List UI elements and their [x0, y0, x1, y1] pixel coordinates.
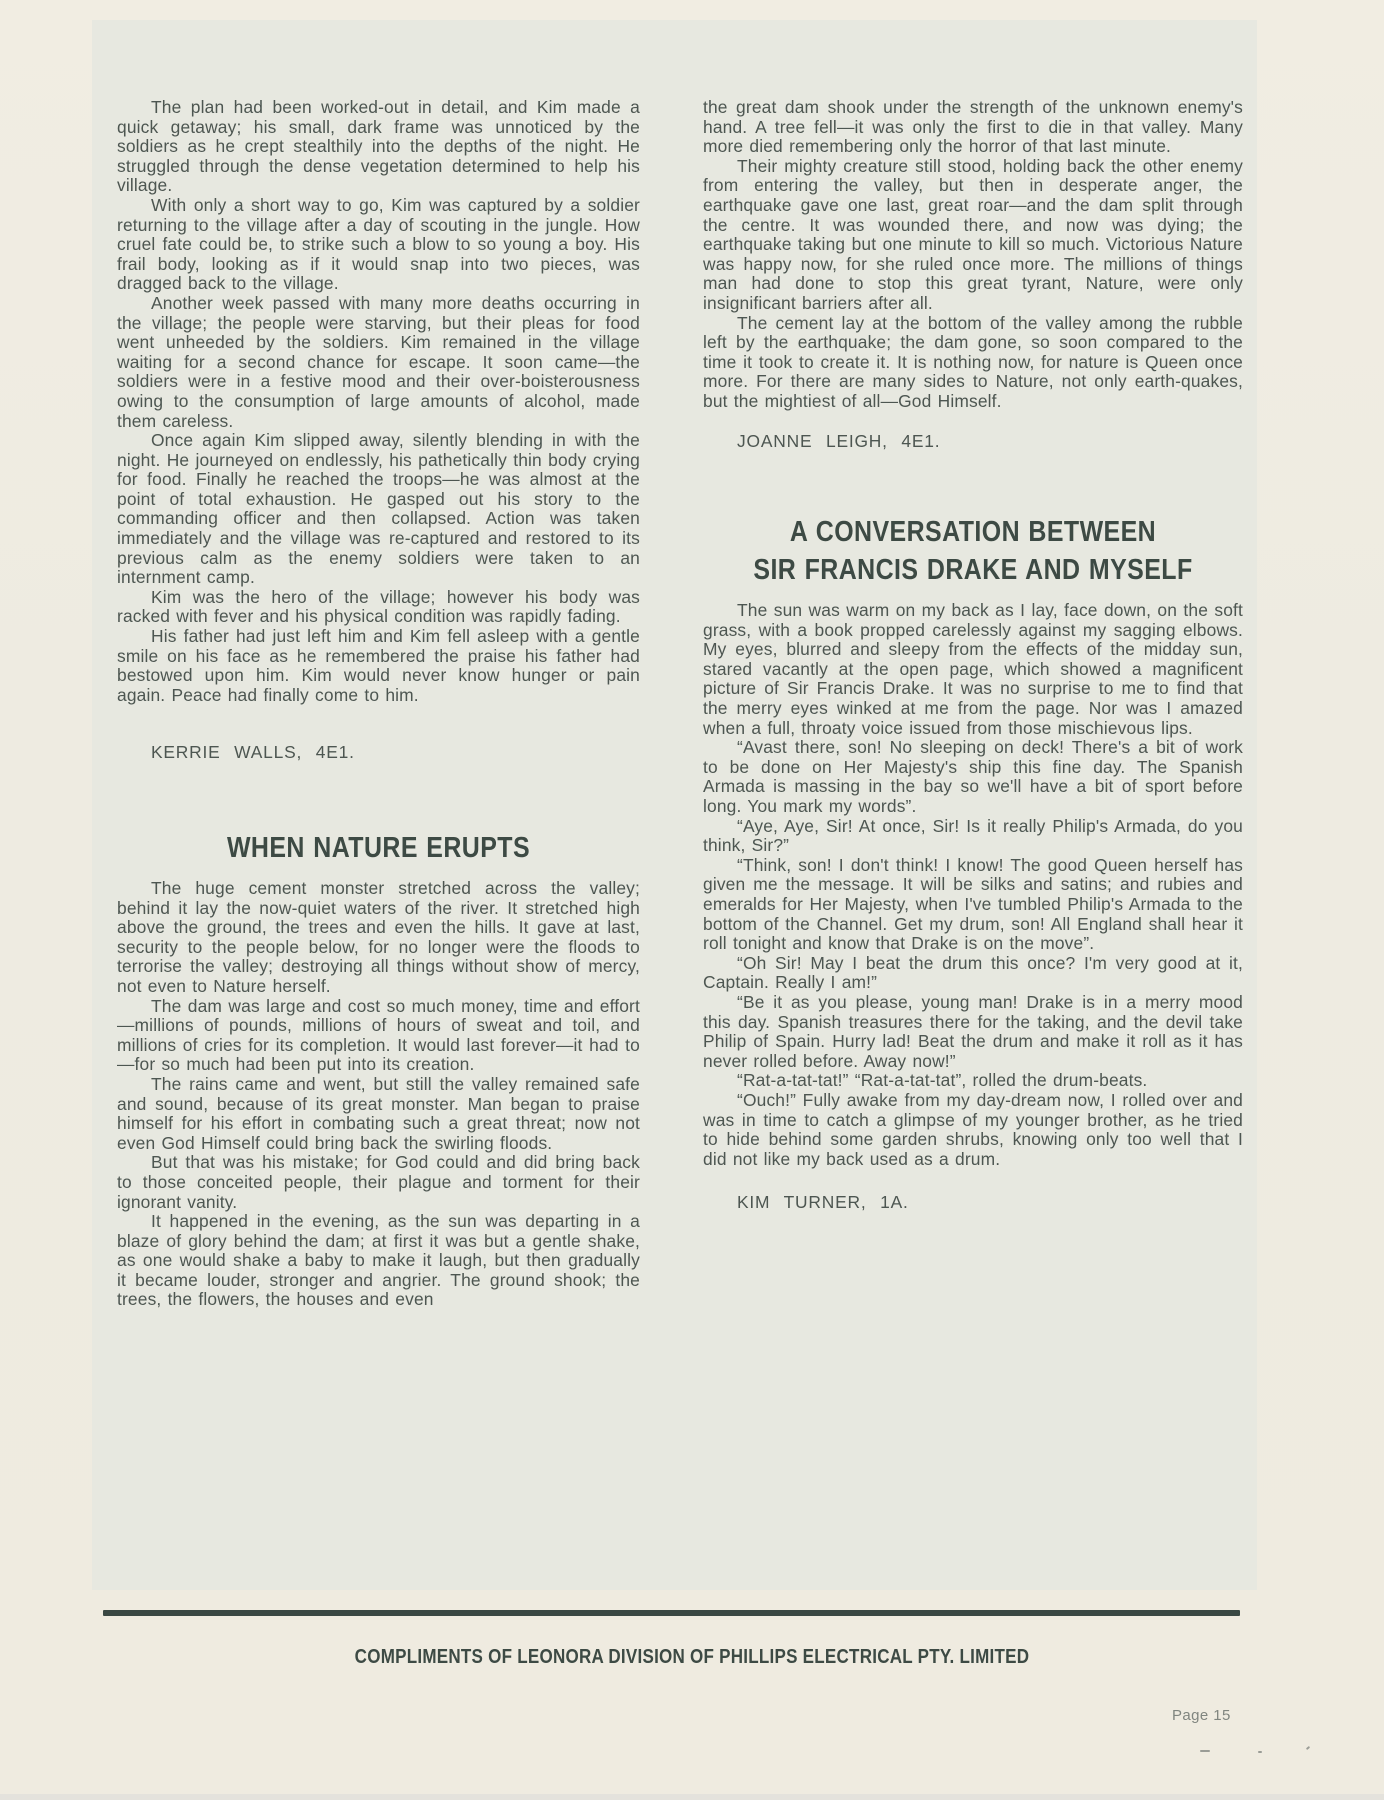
story-title-line-2: SIR FRANCIS DRAKE AND MYSELF [741, 551, 1205, 589]
paragraph: But that was his mistake; for God could … [117, 1153, 640, 1212]
paragraph: His father had just left him and Kim fel… [117, 627, 640, 705]
paragraph: “Oh Sir! May I beat the drum this once? … [703, 954, 1243, 993]
story-conversation-drake: The sun was warm on my back as I lay, fa… [703, 601, 1243, 1213]
paragraph: With only a short way to go, Kim was cap… [117, 196, 640, 294]
paragraph: “Be it as you please, young man! Drake i… [703, 993, 1243, 1071]
right-column: the great dam shook under the strength o… [703, 98, 1243, 1213]
story-title-block: A CONVERSATION BETWEEN SIR FRANCIS DRAKE… [703, 513, 1243, 589]
paragraph: The plan had been worked-out in detail, … [117, 98, 640, 196]
paragraph: Another week passed with many more death… [117, 294, 640, 431]
paragraph: The cement lay at the bottom of the vall… [703, 314, 1243, 412]
story-title-line-1: A CONVERSATION BETWEEN [741, 513, 1205, 551]
author-byline: JOANNE LEIGH, 4E1. [703, 432, 1243, 452]
paragraph: The dam was large and cost so much money… [117, 997, 640, 1075]
paragraph: The huge cement monster stretched across… [117, 879, 640, 997]
paragraph: Kim was the hero of the village; however… [117, 588, 640, 627]
footer-divider [103, 1610, 1240, 1616]
paragraph: “Aye, Aye, Sir! At once, Sir! Is it real… [703, 817, 1243, 856]
paragraph: “Think, son! I don't think! I know! The … [703, 856, 1243, 954]
paragraph: “Ouch!” Fully awake from my day-dream no… [703, 1091, 1243, 1169]
story-title: WHEN NATURE ERUPTS [154, 829, 604, 867]
paragraph: Their mighty creature still stood, holdi… [703, 157, 1243, 314]
paragraph: the great dam shook under the strength o… [703, 98, 1243, 157]
paragraph: The sun was warm on my back as I lay, fa… [703, 601, 1243, 738]
paragraph: “Avast there, son! No sleeping on deck! … [703, 738, 1243, 816]
paragraph: The rains came and went, but still the v… [117, 1075, 640, 1153]
story-when-nature-erupts-continued: the great dam shook under the strength o… [703, 98, 1243, 451]
page-number: Page 15 [1172, 1707, 1231, 1724]
story-when-nature-erupts: The huge cement monster stretched across… [117, 879, 640, 1310]
author-byline: KERRIE WALLS, 4E1. [117, 743, 640, 763]
story-kim-village-continued: The plan had been worked-out in detail, … [117, 98, 640, 763]
paragraph: Once again Kim slipped away, silently bl… [117, 431, 640, 588]
paragraph: It happened in the evening, as the sun w… [117, 1212, 640, 1310]
print-speck [1258, 1751, 1262, 1753]
left-column: The plan had been worked-out in detail, … [117, 98, 640, 1310]
author-byline: KIM TURNER, 1A. [703, 1193, 1243, 1213]
sponsor-line: COMPLIMENTS OF LEONORA DIVISION OF PHILL… [118, 1645, 1267, 1669]
print-speck [1200, 1750, 1210, 1752]
paragraph: “Rat-a-tat-tat!” “Rat-a-tat-tat”, rolled… [703, 1071, 1243, 1091]
